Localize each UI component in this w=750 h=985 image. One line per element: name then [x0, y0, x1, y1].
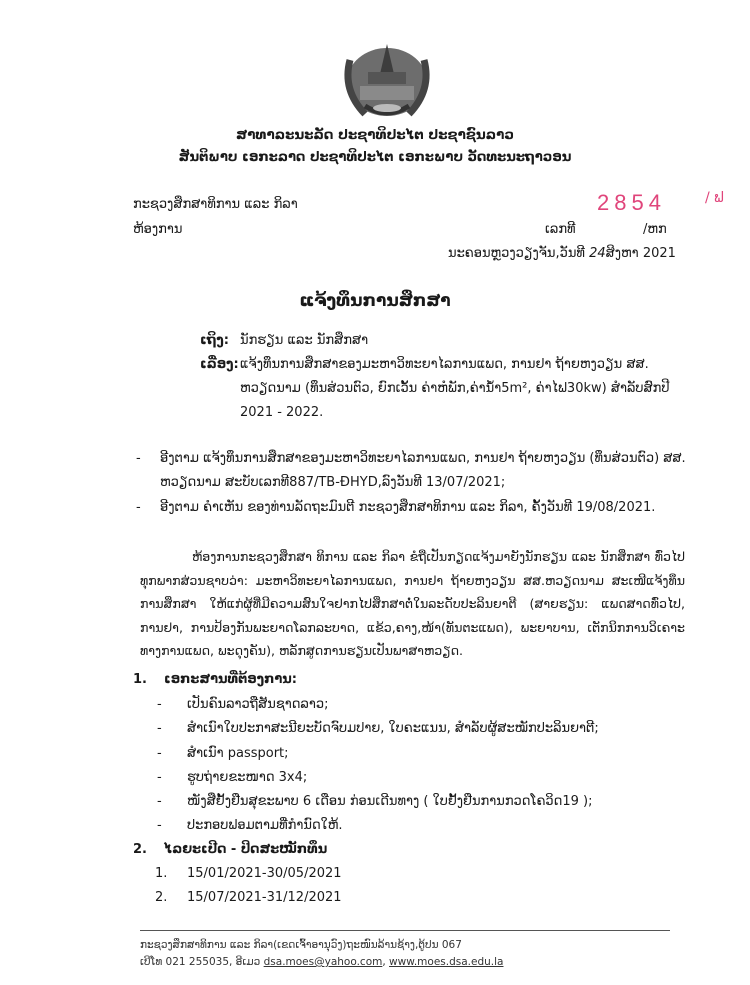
section-1-title: ເອກະສານທີ່ຕ້ອງການ: [164, 672, 297, 687]
reference-2: ອີງຕາມ ຄຳເຫັນ ຂອງທ່ານລັດຖະມົນຕີ ກະຊວງສຶກ… [160, 500, 655, 515]
bullet-dash: - [136, 451, 141, 466]
period-number: 1. [155, 866, 167, 881]
footer-website-link[interactable]: www.moes.dsa.edu.la [389, 956, 503, 968]
document-title: ແຈ້ງທຶນການສຶກສາ [0, 291, 750, 311]
date-day: 24 [589, 246, 606, 261]
subject-line-2: ຫວຽດນາມ (ທຶນສ່ວນຕົວ, ຍົກເວັ້ນ ຄ່າຫໍພັກ,ຄ… [240, 381, 670, 396]
ministry-name: ກະຊວງສຶກສາທິການ ແລະ ກິລາ [133, 197, 298, 212]
office-name: ຫ້ອງການ [133, 222, 182, 237]
list-item: ປະກອບຟອມຕາມທີ່ກຳນົດໃຫ້. [187, 818, 343, 833]
list-item: ຮູບຖ່າຍຂະໜາດ 3x4; [187, 770, 307, 785]
reference-1-line-2: ຫວຽດນາມ ສະບັບເລກທີ887/TB-ĐHYD,ລົງວັນທີ 1… [160, 475, 505, 490]
period-dates: 15/07/2021-31/12/2021 [187, 890, 342, 905]
lao-national-emblem [330, 40, 445, 120]
list-item: ສຳເນົາ passport; [187, 746, 289, 761]
bullet-dash: - [157, 770, 162, 785]
bullet-dash: - [157, 794, 162, 809]
section-1-number: 1. [133, 672, 147, 687]
stamp-number: 2854 [597, 190, 666, 216]
list-item: ສຳເນົາໃບປະກາສະນີຍະບັດຈົບມປາຍ, ໃບຄະແນນ, ສ… [187, 721, 599, 736]
period-dates: 15/01/2021-30/05/2021 [187, 866, 342, 881]
subject-line-3: 2021 - 2022. [240, 405, 323, 420]
list-item: ໜັງສືຢັ້ງຢືນສຸຂະພາບ 6 ເດືອນ ກ່ອນເດີນທາງ … [187, 794, 592, 809]
list-item: ເປັນຄົນລາວຖືສັນຊາດລາວ; [187, 697, 328, 712]
bullet-dash: - [136, 500, 141, 515]
reference-1-line-1: ອີງຕາມ ແຈ້ງທຶນການສຶກສາຂອງມະຫາວິທະຍາໄລການ… [160, 451, 686, 466]
bullet-dash: - [157, 818, 162, 833]
to-value: ນັກຮຽນ ແລະ ນັກສຶກສາ [240, 333, 368, 348]
place-date: ນະຄອນຫຼວງວຽງຈັນ,ວັນທີ 24ສິງຫາ 2021 [448, 246, 676, 261]
footer-email-link[interactable]: dsa.moes@yahoo.com [264, 956, 383, 968]
footer-divider [140, 930, 670, 931]
country-name: ສາທາລະນະລັດ ປະຊາທິປະໄຕ ປະຊາຊົນລາວ [0, 127, 750, 143]
document-number-label: ເລກທີ [545, 222, 576, 237]
document-number-suffix: /ຫກ [643, 222, 667, 237]
national-motto: ສັນຕິພາບ ເອກະລາດ ປະຊາທິປະໄຕ ເອກະພາບ ວັດທ… [0, 150, 750, 165]
place-date-label: ນະຄອນຫຼວງວຽງຈັນ,ວັນທີ [448, 246, 585, 261]
body-paragraph: ຫ້ອງການກະຊວງສຶກສາ ທິການ ແລະ ກິລາ ຂໍຖືເປັ… [140, 545, 685, 663]
to-label: ເຖິງ: [200, 333, 229, 348]
subject-label: ເລື່ອງ: [200, 357, 239, 372]
bullet-dash: - [157, 721, 162, 736]
date-month-year: ສິງຫາ 2021 [606, 246, 676, 261]
footer-contact: ເບີໂທ 021 255035, ອີເມວ dsa.moes@yahoo.c… [140, 956, 503, 968]
bullet-dash: - [157, 697, 162, 712]
period-number: 2. [155, 890, 167, 905]
footer-phone: ເບີໂທ 021 255035, ອີເມວ [140, 956, 260, 968]
section-2-title: ໄລຍະເປີດ - ປິດສະໝັກທຶນ [164, 842, 327, 857]
subject-line-1: ແຈ້ງທຶນການສຶກສາຂອງມະຫາວິທະຍາໄລການແພດ, ກາ… [240, 357, 649, 372]
section-2-number: 2. [133, 842, 147, 857]
stamp-mark: / ຟ [705, 190, 724, 206]
footer-address: ກະຊວງສຶກສາທິການ ແລະ ກິລາ(ເຂດເຈົ້າອານຸວົງ… [140, 939, 462, 951]
bullet-dash: - [157, 746, 162, 761]
